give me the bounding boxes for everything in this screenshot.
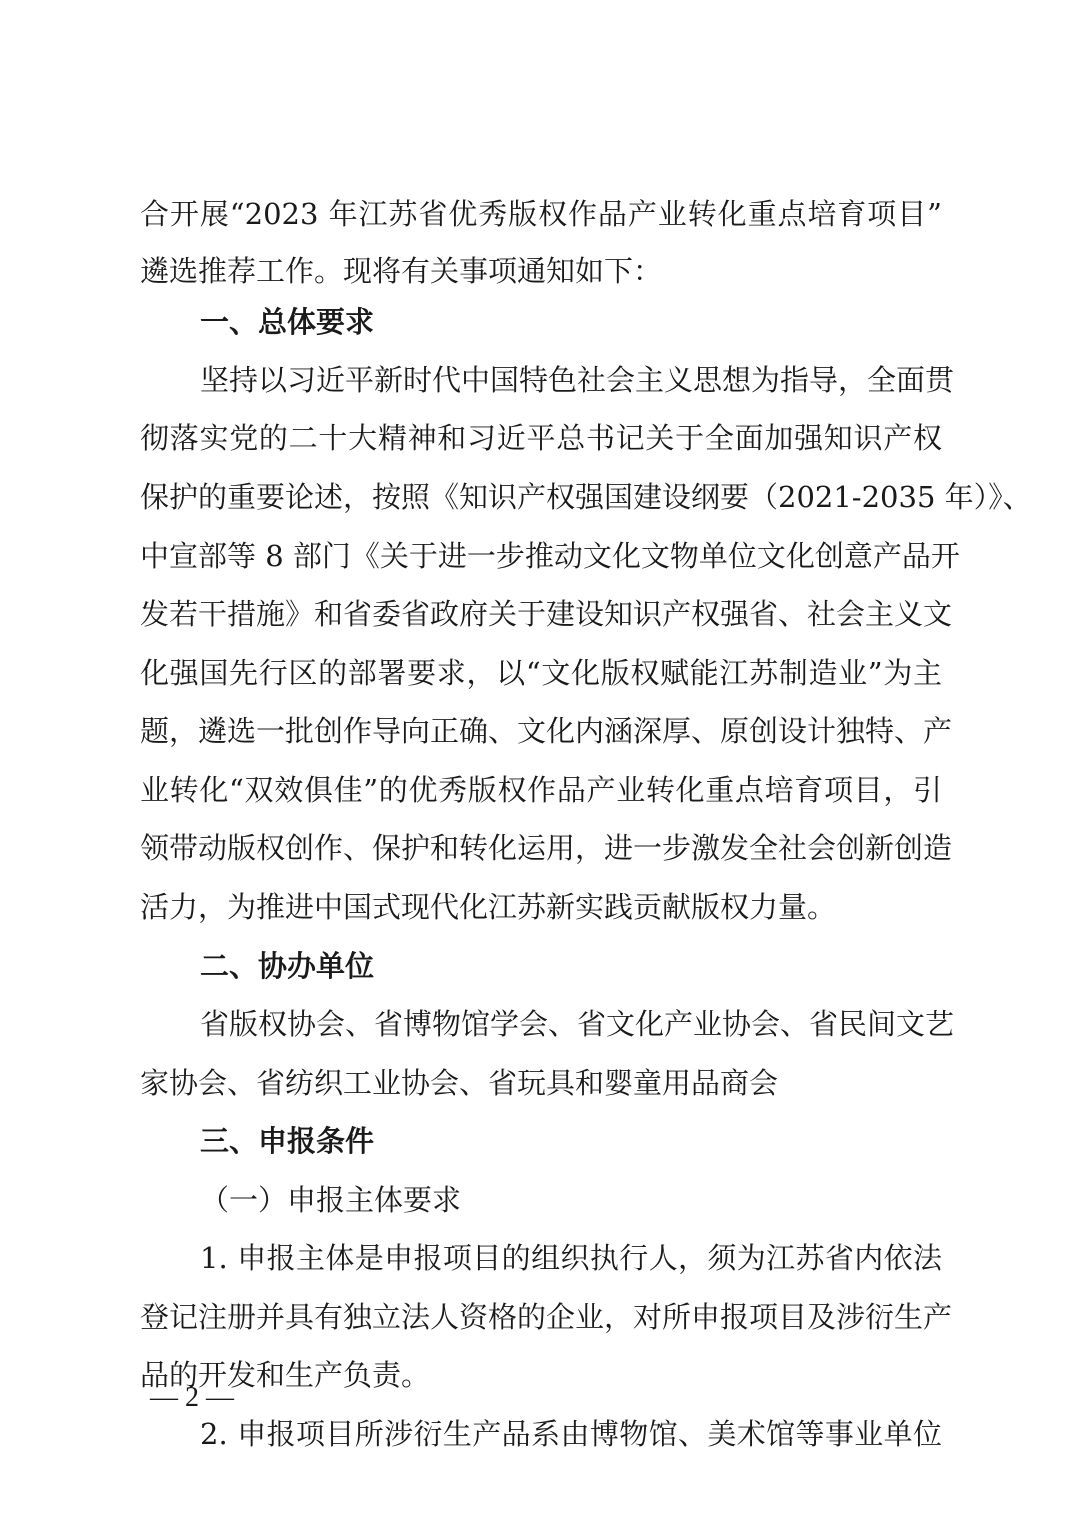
paragraph-line: 发若干措施》和省委省政府关于建设知识产权强省、社会主义文 xyxy=(140,594,942,634)
intro-line-2: 遴选推荐工作。现将有关事项通知如下： xyxy=(140,251,942,291)
list-item-line: 1. 申报主体是申报项目的组织执行人，须为江苏省内依法 xyxy=(200,1238,942,1278)
list-item-line: 登记注册并具有独立法人资格的企业，对所申报项目及涉衍生产 xyxy=(140,1297,942,1337)
list-item-line: 2. 申报项目所涉衍生产品系由博物馆、美术馆等事业单位 xyxy=(200,1414,942,1454)
document-page: 合开展“2023 年江苏省优秀版权作品产业转化重点培育项目” 遴选推荐工作。现将… xyxy=(0,0,1080,1527)
paragraph-line: 彻落实党的二十大精神和习近平总书记关于全面加强知识产权 xyxy=(140,418,942,458)
paragraph-line: 活力，为推进中国式现代化江苏新实践贡献版权力量。 xyxy=(140,887,942,927)
paragraph-line: 坚持以习近平新时代中国特色社会主义思想为指导，全面贯 xyxy=(200,360,942,400)
paragraph-line: 保护的重要论述，按照《知识产权强国建设纲要（2021-2035 年）》、 xyxy=(140,477,942,517)
subheading-applicant-requirements: （一）申报主体要求 xyxy=(200,1180,461,1220)
page-number: — 2 — xyxy=(150,1378,234,1418)
paragraph-line: 省版权协会、省博物馆学会、省文化产业协会、省民间文艺 xyxy=(200,1004,942,1044)
intro-line-1: 合开展“2023 年江苏省优秀版权作品产业转化重点培育项目” xyxy=(140,194,942,234)
list-item-line: 品的开发和生产负责。 xyxy=(140,1355,942,1395)
section-heading-general-requirements: 一、总体要求 xyxy=(200,302,374,342)
paragraph-line: 化强国先行区的部署要求，以“文化版权赋能江苏制造业”为主 xyxy=(140,653,942,693)
section-heading-application-conditions: 三、申报条件 xyxy=(200,1121,374,1161)
section-heading-co-organizers: 二、协办单位 xyxy=(200,946,374,986)
paragraph-line: 领带动版权创作、保护和转化运用，进一步激发全社会创新创造 xyxy=(140,828,942,868)
paragraph-line: 题，遴选一批创作导向正确、文化内涵深厚、原创设计独特、产 xyxy=(140,711,942,751)
paragraph-line: 中宣部等 8 部门《关于进一步推动文化文物单位文化创意产品开 xyxy=(140,536,942,576)
paragraph-line: 家协会、省纺织工业协会、省玩具和婴童用品商会 xyxy=(140,1063,942,1103)
paragraph-line: 业转化“双效俱佳”的优秀版权作品产业转化重点培育项目，引 xyxy=(140,770,942,810)
